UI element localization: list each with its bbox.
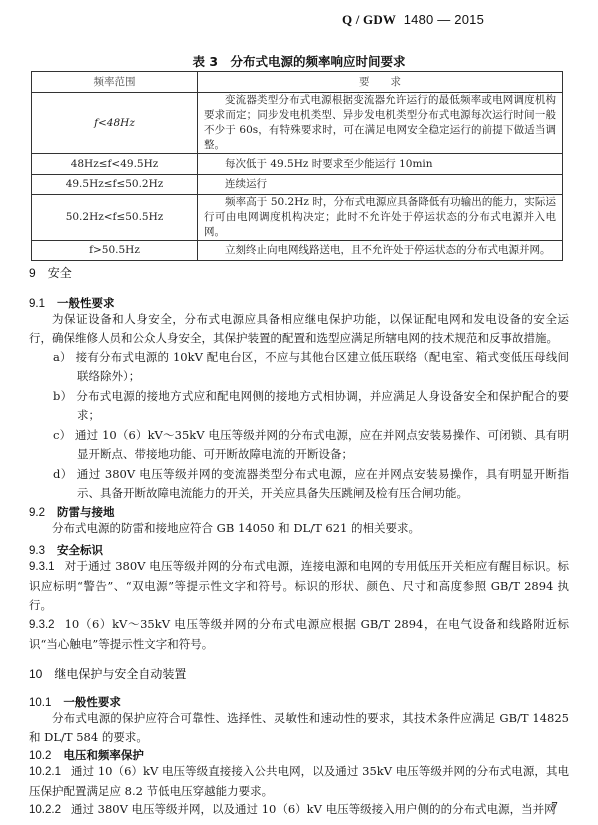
range-cell: f<48Hz (32, 93, 198, 154)
section-10-2-heading: 10.2电压和频率保护 (29, 747, 144, 763)
section-9-3-1: 9.3.1对于通过 380V 电压等级并网的分布式电源，连接电源和电网的专用低压… (29, 557, 569, 615)
table-header-row: 频率范围 要 求 (32, 72, 563, 93)
standard-number: 1480 — 2015 (404, 12, 484, 27)
list-item-d: d） 通过 380V 电压等级并网的变流器类型分布式电源，应在并网点安装易操作，… (53, 465, 569, 503)
section-10-2-2: 10.2.2通过 380V 电压等级并网，以及通过 10（6）kV 电压等级接入… (29, 800, 569, 819)
table-row: f<48Hz 变流器类型分布式电源根据变流器允许运行的最低频率或电网调度机构要求… (32, 93, 563, 154)
column-header-requirement: 要 求 (198, 72, 563, 93)
requirement-cell: 每次低于 49.5Hz 时要求至少能运行 10min (198, 154, 563, 175)
table-row: 49.5Hz≤f≤50.2Hz 连续运行 (32, 175, 563, 195)
standard-prefix: Q / GDW (342, 12, 396, 27)
list-item-b: b） 分布式电源的接地方式应和配电网侧的接地方式相协调，并应满足人身设备安全和保… (53, 387, 569, 425)
section-9-3-2: 9.3.210（6）kV～35kV 电压等级并网的分布式电源应根据 GB/T 2… (29, 615, 569, 654)
table-title: 表 3 分布式电源的频率响应时间要求 (0, 52, 598, 70)
section-9-heading: 9安全 (29, 264, 72, 281)
section-9-1-heading: 9.1一般性要求 (29, 295, 115, 311)
section-10-1-heading: 10.1一般性要求 (29, 694, 121, 710)
table-row: 48Hz≤f<49.5Hz 每次低于 49.5Hz 时要求至少能运行 10min (32, 154, 563, 175)
column-header-range: 频率范围 (32, 72, 198, 93)
table-row: 50.2Hz<f≤50.5Hz 频率高于 50.2Hz 时，分布式电源应具备降低… (32, 195, 563, 241)
section-9-1-text: 为保证设备和人身安全，分布式电源应具备相应继电保护功能，以保证配电网和发电设备的… (29, 310, 569, 348)
section-10-2-1: 10.2.1通过 10（6）kV 电压等级直接接入公共电网，以及通过 35kV … (29, 762, 569, 801)
list-item-c: c） 通过 10（6）kV～35kV 电压等级并网的分布式电源，应在并网点安装易… (53, 426, 569, 464)
requirement-cell: 立刻终止向电网线路送电，且不允许处于停运状态的分布式电源并网。 (198, 241, 563, 261)
requirement-cell: 连续运行 (198, 175, 563, 195)
section-10-heading: 10继电保护与安全自动装置 (29, 665, 186, 682)
range-cell: f>50.5Hz (32, 241, 198, 261)
section-9-2-heading: 9.2防雷与接地 (29, 504, 115, 520)
list-item-a: a） 接有分布式电源的 10kV 配电台区，不应与其他台区建立低压联络（配电室、… (53, 348, 569, 386)
section-10-1-text: 分布式电源的保护应符合可靠性、选择性、灵敏性和速动性的要求，其技术条件应满足 G… (29, 709, 569, 747)
table-row: f>50.5Hz 立刻终止向电网线路送电，且不允许处于停运状态的分布式电源并网。 (32, 241, 563, 261)
standard-code: Q / GDW 1480 — 2015 (342, 12, 484, 28)
requirement-cell: 变流器类型分布式电源根据变流器允许运行的最低频率或电网调度机构要求而定；同步发电… (198, 93, 563, 154)
page-number: 7 (551, 800, 558, 813)
range-cell: 49.5Hz≤f≤50.2Hz (32, 175, 198, 195)
section-9-3-heading: 9.3安全标识 (29, 542, 103, 558)
range-cell: 48Hz≤f<49.5Hz (32, 154, 198, 175)
requirement-cell: 频率高于 50.2Hz 时，分布式电源应具备降低有功输出的能力，实际运行可由电网… (198, 195, 563, 241)
section-9-2-text: 分布式电源的防雷和接地应符合 GB 14050 和 DL/T 621 的相关要求… (29, 519, 569, 538)
range-cell: 50.2Hz<f≤50.5Hz (32, 195, 198, 241)
frequency-response-table: 频率范围 要 求 f<48Hz 变流器类型分布式电源根据变流器允许运行的最低频率… (31, 71, 563, 261)
